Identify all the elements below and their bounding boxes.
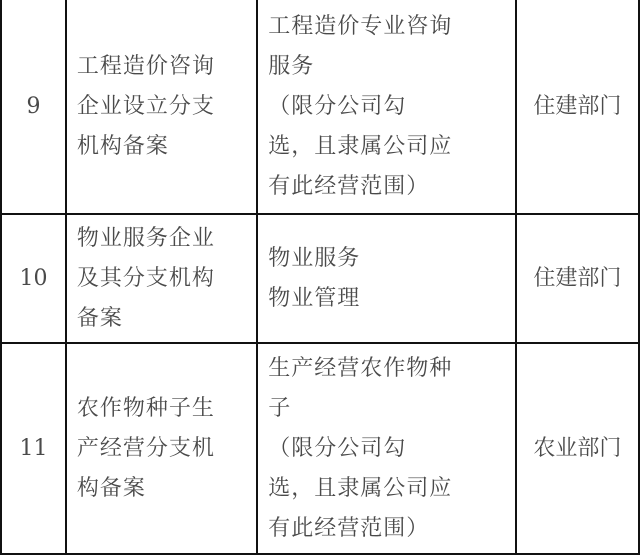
item-name-line: 物业服务企业 [77,219,256,259]
item-name: 工程造价咨询 企业设立分支 机构备案 [66,0,257,214]
table-row: 10 物业服务企业 及其分支机构 备案 物业服务 物业管理 住建部门 [1,214,639,343]
scope-line: 物业管理 [268,279,514,319]
item-name-line: 机构备案 [77,127,256,167]
row-number: 9 [1,0,66,214]
item-name-line: 备案 [77,299,256,339]
scope-line: 有此经营范围） [268,167,514,207]
item-name-line: 农作物种子生 [77,389,256,429]
scope-line: 物业服务 [268,239,514,279]
row-number: 11 [1,343,66,554]
scope-line: 工程造价专业咨询 [268,7,514,47]
registration-table: 9 工程造价咨询 企业设立分支 机构备案 工程造价专业咨询 服务 （限分公司勾 … [0,0,640,555]
item-name-line: 产经营分支机 [77,429,256,469]
item-name-line: 工程造价咨询 [77,47,256,87]
scope-line: 服务 [268,47,514,87]
item-name-line: 及其分支机构 [77,259,256,299]
item-name-line: 构备案 [77,469,256,509]
scope-line: （限分公司勾 [268,87,514,127]
scope-line: 子 [268,389,514,429]
item-name-line: 企业设立分支 [77,87,256,127]
department: 住建部门 [516,0,639,214]
row-number: 10 [1,214,66,343]
item-name: 物业服务企业 及其分支机构 备案 [66,214,257,343]
department: 农业部门 [516,343,639,554]
scope-line: 选，且隶属公司应 [268,127,514,167]
business-scope: 生产经营农作物种 子 （限分公司勾 选，且隶属公司应 有此经营范围） [257,343,515,554]
table-row: 9 工程造价咨询 企业设立分支 机构备案 工程造价专业咨询 服务 （限分公司勾 … [1,0,639,214]
business-scope: 工程造价专业咨询 服务 （限分公司勾 选，且隶属公司应 有此经营范围） [257,0,515,214]
scope-line: 生产经营农作物种 [268,349,514,389]
business-scope: 物业服务 物业管理 [257,214,515,343]
scope-line: （限分公司勾 [268,429,514,469]
scope-line: 有此经营范围） [268,509,514,549]
item-name: 农作物种子生 产经营分支机 构备案 [66,343,257,554]
table-row: 11 农作物种子生 产经营分支机 构备案 生产经营农作物种 子 （限分公司勾 选… [1,343,639,554]
department: 住建部门 [516,214,639,343]
scope-line: 选，且隶属公司应 [268,469,514,509]
